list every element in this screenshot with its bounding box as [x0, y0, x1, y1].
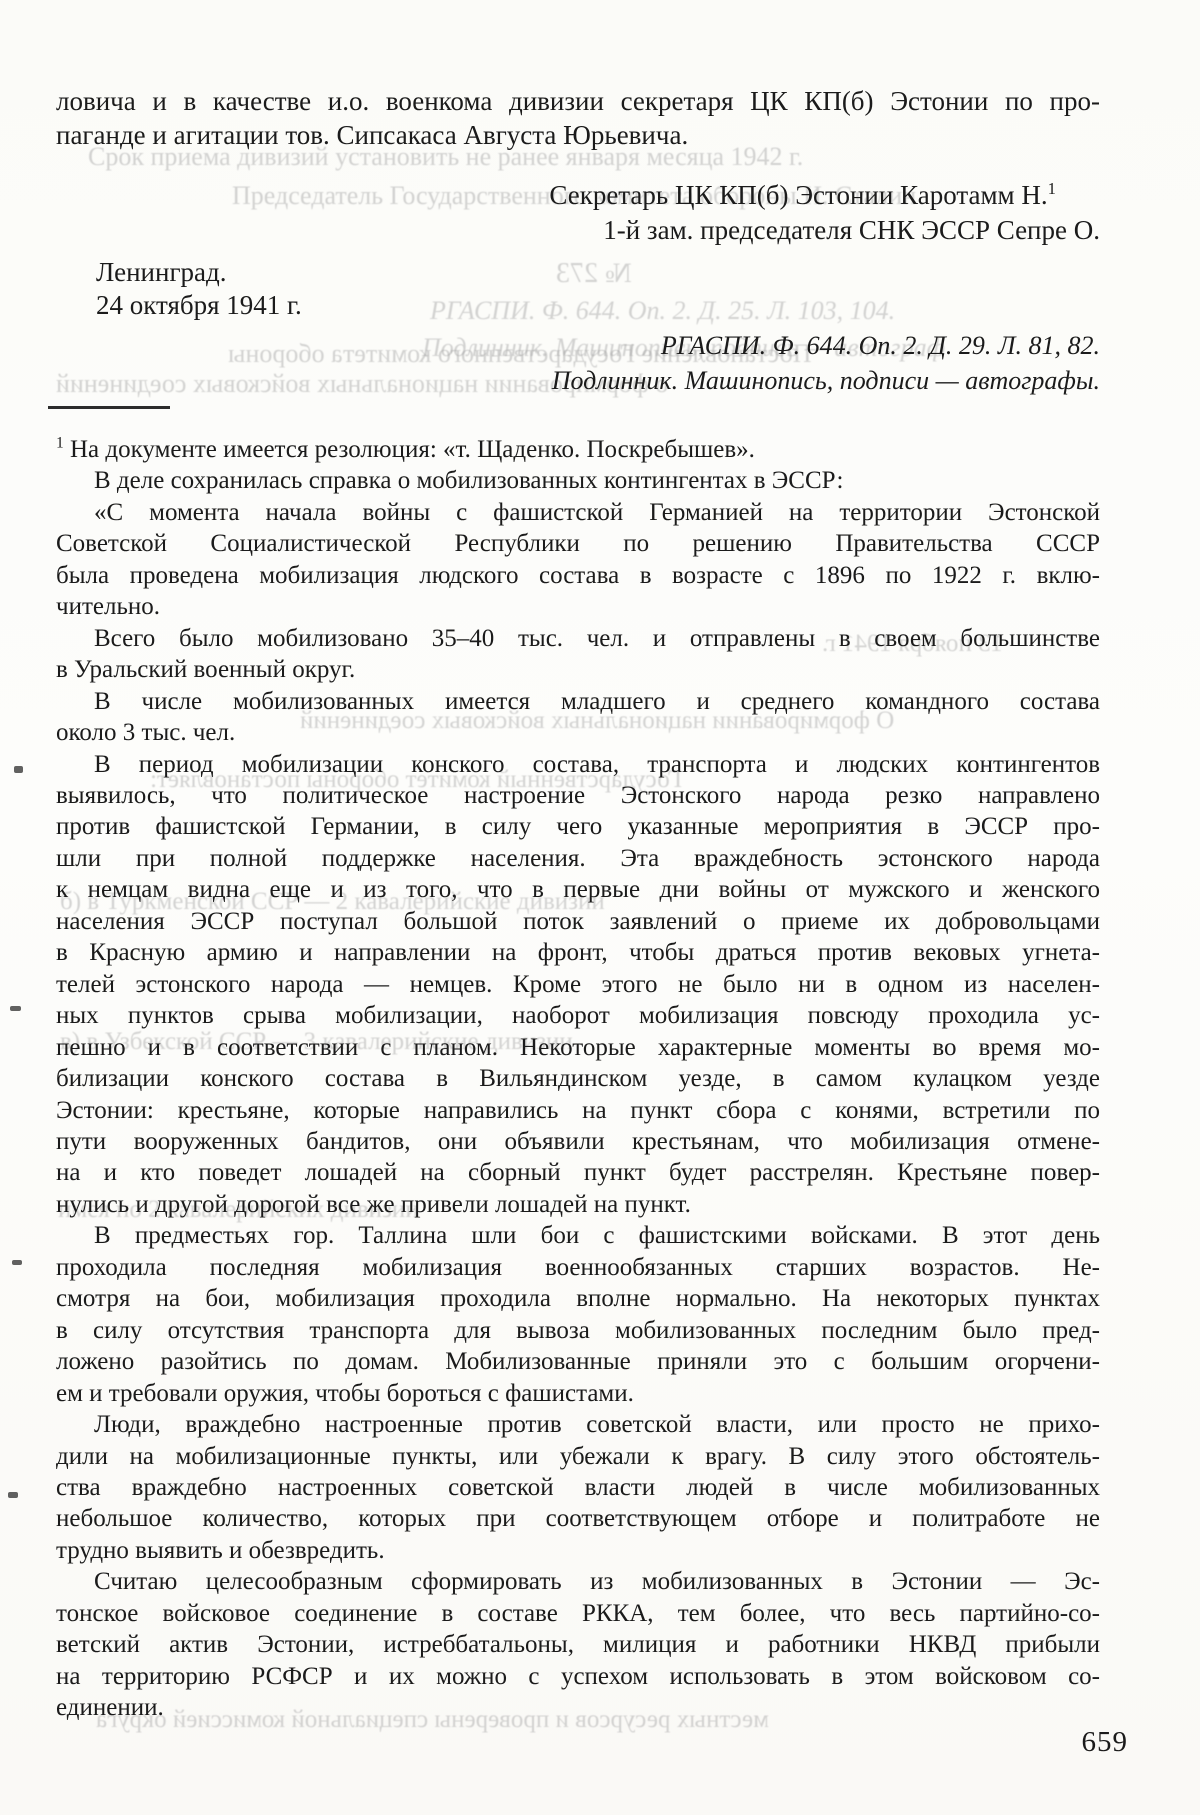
archive-reference: РГАСПИ. Ф. 644. Оп. 2. Д. 29. Л. 81, 82. [56, 328, 1100, 363]
paragraph: В период мобилизации конского состава, т… [56, 749, 1100, 1221]
text-line: в силу отсутствия транспорта для вывоза … [56, 1315, 1100, 1346]
text-line: небольшое количество, которых при соотве… [56, 1503, 1100, 1534]
text-line: к немцам видна еще и из того, что в перв… [56, 874, 1100, 905]
text-line: пешно и в соответствии с планом. Некотор… [56, 1032, 1100, 1063]
continuation-text: ловича и в качестве и.о. военкома дивизи… [56, 84, 1100, 152]
text-line: выявилось, что политическое настроение Э… [56, 780, 1100, 811]
text-line: ства враждебно настроенных советской вла… [56, 1472, 1100, 1503]
text-line: смотря на бои, мобилизация проходила впо… [56, 1283, 1100, 1314]
text-line: В предместьях гор. Таллина шли бои с фаш… [56, 1220, 1100, 1251]
text-line: Эстонии: крестьяне, которые направились … [56, 1095, 1100, 1126]
paragraph: В числе мобилизованных имеется младшего … [56, 686, 1100, 749]
scan-artifact [8, 1492, 18, 1498]
text-line: на и кто поведет лошадей на сборный пунк… [56, 1157, 1100, 1188]
text-line: В период мобилизации конского состава, т… [56, 749, 1100, 780]
scan-artifact [14, 766, 23, 773]
footnote-text: 1 На документе имеется резолюция: «т. Ща… [56, 434, 1100, 1724]
signature-text: Секретарь ЦК КП(б) Эстонии Каротамм Н. [549, 180, 1047, 210]
signature-line: 1-й зам. председателя СНК ЭССР Сепре О. [56, 213, 1100, 248]
text-line: телей эстонского народа — немцев. Кроме … [56, 969, 1100, 1000]
paragraph: ловича и в качестве и.о. военкома дивизи… [56, 84, 1100, 152]
text-line: против фашистской Германии, в силу чего … [56, 811, 1100, 842]
text-line: на территорию РСФСР и их можно с успехом… [56, 1661, 1100, 1692]
text-line: нулись и другой дорогой все же привели л… [56, 1189, 1100, 1220]
paragraph: 1 На документе имеется резолюция: «т. Ща… [56, 434, 1100, 465]
footnote-separator [48, 406, 170, 409]
text-line: населения ЭССР поступал большой поток за… [56, 906, 1100, 937]
text-line: «С момента начала войны с фашистской Гер… [56, 497, 1100, 528]
paragraph: Люди, враждебно настроенные против совет… [56, 1409, 1100, 1566]
authenticity-note: Подлинник. Машинопись, подписи — автогра… [56, 363, 1100, 398]
place-date-block: Ленинград. 24 октября 1941 г. [56, 256, 1100, 322]
text-line: пути вооруженных бандитов, они объявили … [56, 1126, 1100, 1157]
paragraph: В предместьях гор. Таллина шли бои с фаш… [56, 1220, 1100, 1409]
date: 24 октября 1941 г. [96, 289, 1100, 322]
text-line: паганде и агитации тов. Сипсакаса Август… [56, 118, 1100, 152]
text-line: ложено разойтись по домам. Мобилизованны… [56, 1346, 1100, 1377]
signature-line: Секретарь ЦК КП(б) Эстонии Каротамм Н.1 [56, 178, 1100, 213]
text-line: единении. [56, 1692, 1100, 1723]
paragraph: Считаю целесообразным сформировать из мо… [56, 1566, 1100, 1723]
paragraph: В деле сохранилась справка о мобилизован… [56, 465, 1100, 496]
text-line: была проведена мобилизация людского сост… [56, 560, 1100, 591]
footnote-marker: 1 [56, 435, 64, 452]
text-line: в Уральский военный округ. [56, 654, 1100, 685]
text-line: тонское войсковое соединение в составе Р… [56, 1598, 1100, 1629]
text-line: В деле сохранилась справка о мобилизован… [56, 465, 1100, 496]
text-line: В числе мобилизованных имеется младшего … [56, 686, 1100, 717]
text-line: Советской Социалистической Республики по… [56, 528, 1100, 559]
archive-block: РГАСПИ. Ф. 644. Оп. 2. Д. 29. Л. 81, 82.… [56, 328, 1100, 398]
text-line: около 3 тыс. чел. [56, 717, 1100, 748]
signature-block: Секретарь ЦК КП(б) Эстонии Каротамм Н.1 … [56, 178, 1100, 248]
text-line: ных пунктов срыва мобилизации, наоборот … [56, 1000, 1100, 1031]
text-line: ветский актив Эстонии, истреббатальоны, … [56, 1629, 1100, 1660]
text-line: шли при полной поддержке населения. Эта … [56, 843, 1100, 874]
text-line: билизации конского состава в Вильяндинск… [56, 1063, 1100, 1094]
scan-artifact [10, 1006, 21, 1011]
text-line: 1 На документе имеется резолюция: «т. Ща… [56, 434, 1100, 465]
scanned-book-page: Срок приема дивизий установить не ранее … [0, 0, 1200, 1815]
signature-text: 1-й зам. председателя СНК ЭССР Сепре О. [603, 215, 1100, 245]
page-number: 659 [1082, 1726, 1129, 1759]
paragraph: «С момента начала войны с фашистской Гер… [56, 497, 1100, 623]
text-line: в Красную армию и направлении на фронт, … [56, 937, 1100, 968]
paragraph: Всего было мобилизовано 35–40 тыс. чел. … [56, 623, 1100, 686]
scan-artifact [12, 1260, 22, 1265]
text-line: Люди, враждебно настроенные против совет… [56, 1409, 1100, 1440]
text-line: чительно. [56, 591, 1100, 622]
text-line: ем и требовали оружия, чтобы бороться с … [56, 1378, 1100, 1409]
text-line: трудно выявить и обезвредить. [56, 1535, 1100, 1566]
place: Ленинград. [96, 256, 1100, 289]
text-line: ловича и в качестве и.о. военкома дивизи… [56, 84, 1100, 118]
text-line: Считаю целесообразным сформировать из мо… [56, 1566, 1100, 1597]
text-line: проходила последняя мобилизация военнооб… [56, 1252, 1100, 1283]
text-line: дили на мобилизационные пункты, или убеж… [56, 1441, 1100, 1472]
footnote-marker: 1 [1048, 179, 1056, 198]
text-line: Всего было мобилизовано 35–40 тыс. чел. … [56, 623, 1100, 654]
